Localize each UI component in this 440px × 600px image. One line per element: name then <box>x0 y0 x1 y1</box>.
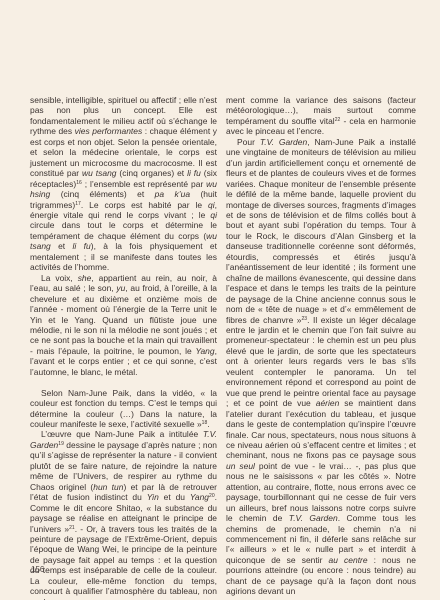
paragraph: L’œuvre que Nam-June Paik a intitulée T.… <box>30 429 217 600</box>
paragraph: ment comme la variance des saisons (fact… <box>226 95 416 137</box>
left-text-column: sensible, intelligible, spirituel ou aff… <box>30 95 217 600</box>
document-page: sensible, intelligible, spirituel ou aff… <box>0 0 440 600</box>
paragraph: sensible, intelligible, spirituel ou aff… <box>30 95 217 273</box>
paragraph: La voix, she, appartient au rein, au noi… <box>30 273 217 378</box>
page-number: 156 <box>31 565 44 574</box>
paragraph: Pour T.V. Garden, Nam-June Paik a instal… <box>226 137 416 597</box>
paragraph: Selon Nam-June Paik, dans la vidéo, « la… <box>30 388 217 430</box>
right-text-column: ment comme la variance des saisons (fact… <box>226 95 416 597</box>
